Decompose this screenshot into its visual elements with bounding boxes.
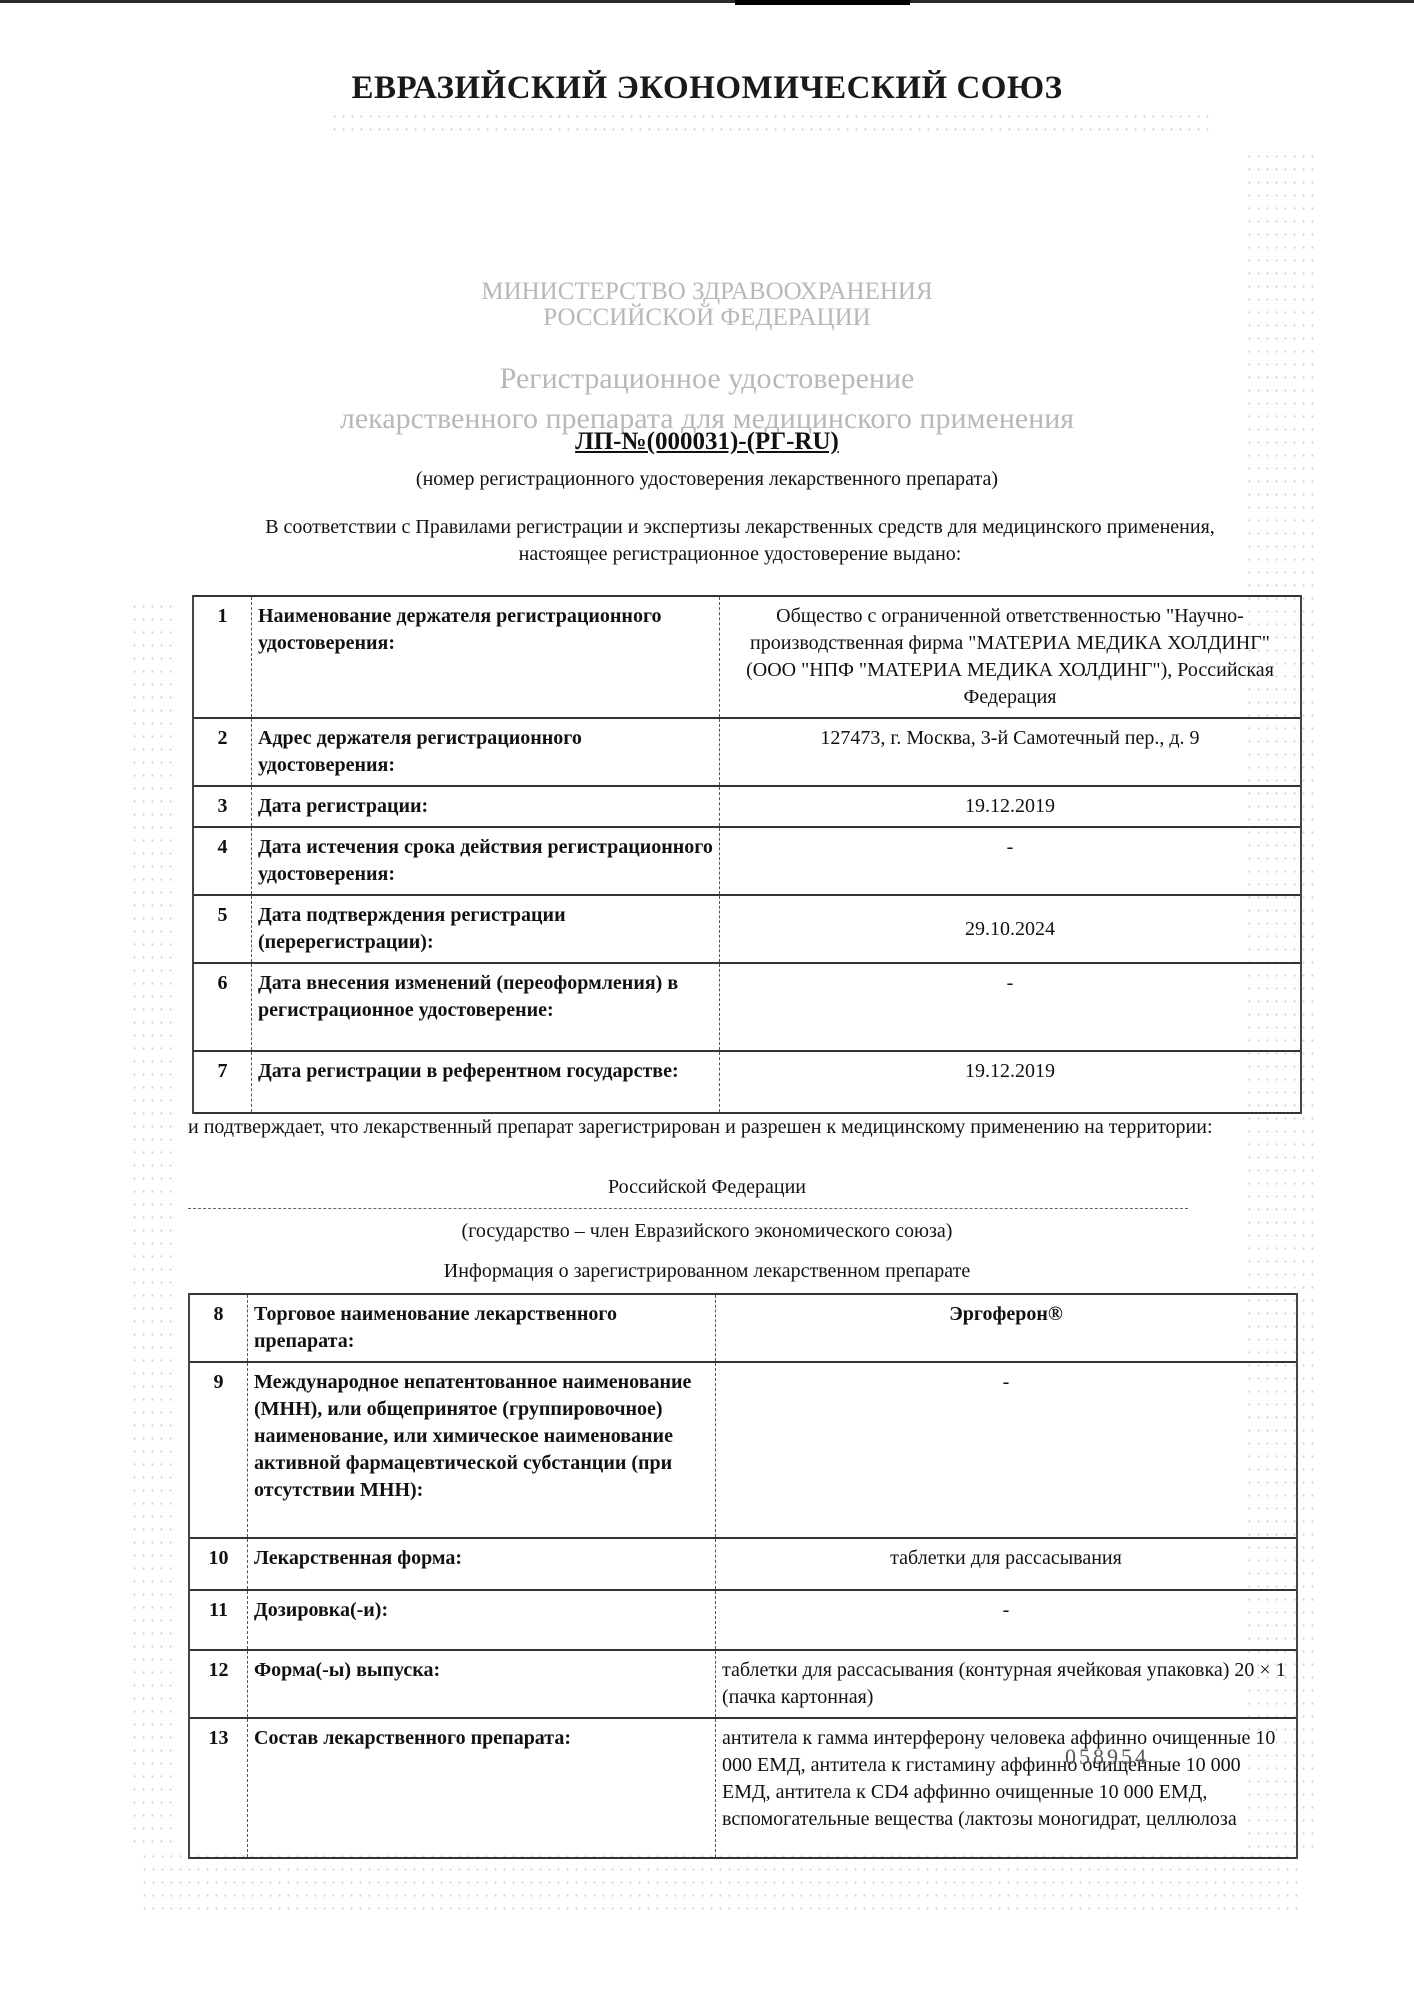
table-row: 2 Адрес держателя регистрационного удост…: [193, 718, 1301, 786]
row-number: 13: [189, 1718, 248, 1858]
row-number: 12: [189, 1650, 248, 1718]
scan-top-edge: [0, 0, 1414, 3]
row-label: Дата подтверждения регистрации (перереги…: [252, 895, 720, 963]
table-row: 9 Международное непатентованное наименов…: [189, 1362, 1297, 1538]
row-label: Международное непатентованное наименован…: [248, 1362, 716, 1538]
table-row: 3 Дата регистрации: 19.12.2019: [193, 786, 1301, 827]
drug-info-heading: Информация о зарегистрированном лекарств…: [0, 1260, 1414, 1283]
row-value: 29.10.2024: [720, 895, 1302, 963]
table-row: 11 Дозировка(-и): -: [189, 1590, 1297, 1650]
territory-underline: [188, 1208, 1188, 1209]
row-value: -: [720, 827, 1302, 895]
row-label: Дата истечения срока действия регистраци…: [252, 827, 720, 895]
table-row: 13 Состав лекарственного препарата: анти…: [189, 1718, 1297, 1858]
ministry-name-line1: МИНИСТЕРСТВО ЗДРАВООХРАНЕНИЯ: [0, 278, 1414, 306]
table-row: 6 Дата внесения изменений (переоформлени…: [193, 963, 1301, 1051]
row-value: таблетки для рассасывания: [716, 1538, 1298, 1590]
certificate-title-line1: Регистрационное удостоверение: [0, 362, 1414, 396]
row-value: -: [720, 963, 1302, 1051]
row-number: 3: [193, 786, 252, 827]
row-label: Торговое наименование лекарственного пре…: [248, 1294, 716, 1362]
row-value: антитела к гамма интерферону человека аф…: [716, 1718, 1298, 1858]
table-row: 10 Лекарственная форма: таблетки для рас…: [189, 1538, 1297, 1590]
confirmation-paragraph: и подтверждает, что лекарственный препар…: [188, 1114, 1288, 1141]
row-label: Дата регистрации:: [252, 786, 720, 827]
table-row: 12 Форма(-ы) выпуска: таблетки для расса…: [189, 1650, 1297, 1718]
union-title: ЕВРАЗИЙСКИЙ ЭКОНОМИЧЕСКИЙ СОЮЗ: [0, 70, 1414, 107]
row-value: 19.12.2019: [720, 1051, 1302, 1113]
row-label: Наименование держателя регистрационного …: [252, 596, 720, 718]
table-row: 8 Торговое наименование лекарственного п…: [189, 1294, 1297, 1362]
territory-name: Российской Федерации: [0, 1176, 1414, 1199]
row-number: 11: [189, 1590, 248, 1650]
row-number: 4: [193, 827, 252, 895]
ministry-name-line2: РОССИЙСКОЙ ФЕДЕРАЦИИ: [0, 304, 1414, 332]
row-label: Адрес держателя регистрационного удостов…: [252, 718, 720, 786]
row-number: 1: [193, 596, 252, 718]
registration-number-caption: (номер регистрационного удостоверения ле…: [0, 468, 1414, 491]
table-row: 7 Дата регистрации в референтном государ…: [193, 1051, 1301, 1113]
row-label: Дата внесения изменений (переоформления)…: [252, 963, 720, 1051]
table-row: 1 Наименование держателя регистрационног…: [193, 596, 1301, 718]
holder-info-table: 1 Наименование держателя регистрационног…: [192, 595, 1302, 1114]
certificate-page: ЕВРАЗИЙСКИЙ ЭКОНОМИЧЕСКИЙ СОЮЗ МИНИСТЕРС…: [0, 0, 1414, 2000]
row-number: 2: [193, 718, 252, 786]
row-value: Общество с ограниченной ответственностью…: [720, 596, 1302, 718]
row-number: 10: [189, 1538, 248, 1590]
intro-paragraph: В соответствии с Правилами регистрации и…: [230, 514, 1250, 568]
row-value: 127473, г. Москва, 3-й Самотечный пер., …: [720, 718, 1302, 786]
scan-noise: [330, 110, 1210, 140]
row-value: 19.12.2019: [720, 786, 1302, 827]
row-number: 5: [193, 895, 252, 963]
row-value: таблетки для рассасывания (контурная яче…: [716, 1650, 1298, 1718]
row-label: Дозировка(-и):: [248, 1590, 716, 1650]
row-value: Эргоферон®: [716, 1294, 1298, 1362]
row-number: 8: [189, 1294, 248, 1362]
row-number: 7: [193, 1051, 252, 1113]
territory-caption: (государство – член Евразийского экономи…: [0, 1220, 1414, 1243]
row-number: 9: [189, 1362, 248, 1538]
row-value: -: [716, 1590, 1298, 1650]
scan-top-mark: [735, 0, 910, 5]
table-row: 5 Дата подтверждения регистрации (перере…: [193, 895, 1301, 963]
drug-info-table: 8 Торговое наименование лекарственного п…: [188, 1293, 1298, 1859]
row-label: Состав лекарственного препарата:: [248, 1718, 716, 1858]
row-label: Дата регистрации в референтном государст…: [252, 1051, 720, 1113]
row-number: 6: [193, 963, 252, 1051]
row-label: Форма(-ы) выпуска:: [248, 1650, 716, 1718]
scan-noise: [140, 1850, 1300, 1920]
row-label: Лекарственная форма:: [248, 1538, 716, 1590]
form-serial-number: 058954: [1065, 1744, 1149, 1770]
row-value: -: [716, 1362, 1298, 1538]
registration-number: ЛП-№(000031)-(РГ-RU): [0, 428, 1414, 456]
table-row: 4 Дата истечения срока действия регистра…: [193, 827, 1301, 895]
